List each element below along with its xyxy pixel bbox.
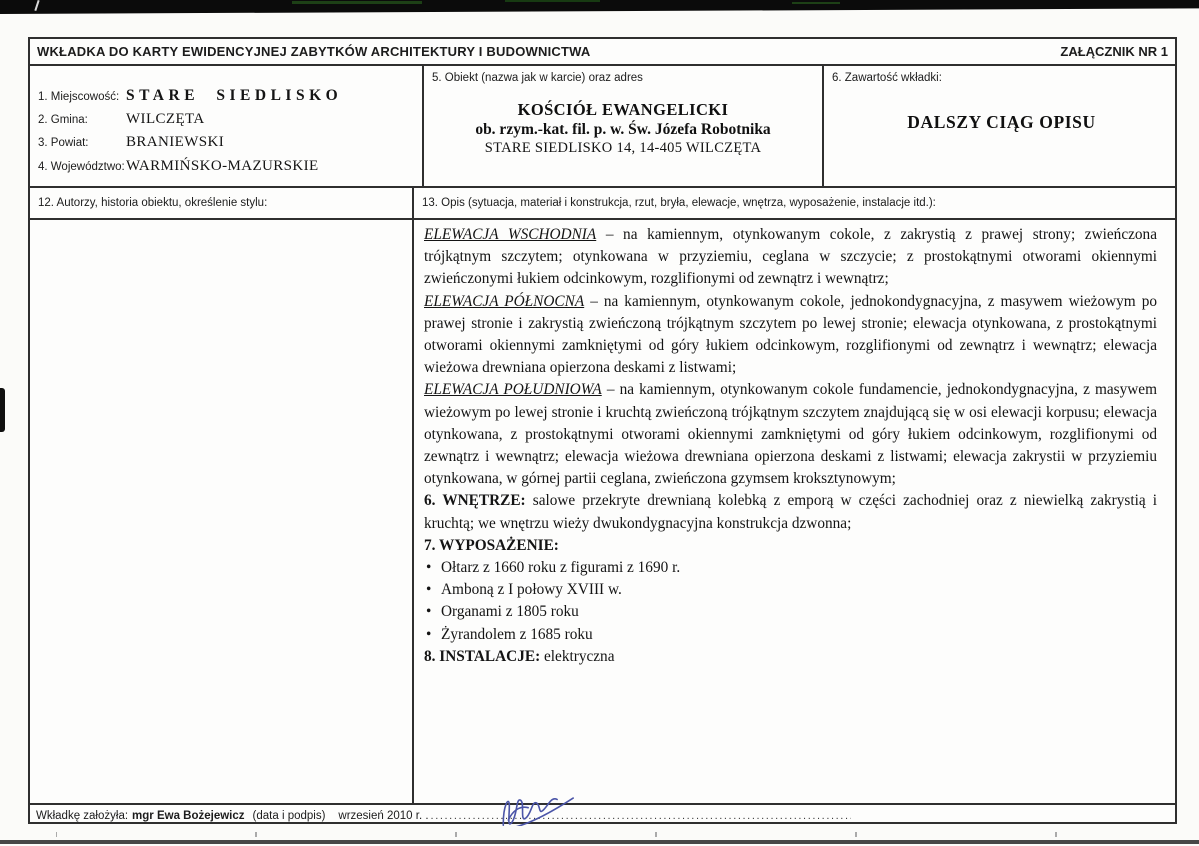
footer-middle: (data i podpis) [253,810,326,822]
location-section: 1. Miejscowość: STARE SIEDLISKO 2. Gmina… [30,66,422,186]
contents-section-label: 6. Zawartość wkładki: [824,66,1179,84]
scan-edge-ticks [0,832,1199,837]
field-miejscowosc: 1. Miejscowość: STARE SIEDLISKO [38,87,422,111]
list-item-text: Żyrandolem z 1685 roku [441,624,1157,646]
signature [492,786,580,826]
object-address: STARE SIEDLISKO 14, 14-405 WILCZĘTA [424,140,822,157]
list-item-text: Organami z 1805 roku [441,601,1157,623]
list-item: • Amboną z I połowy XVIII w. [424,579,1157,601]
list-item-text: Amboną z I połowy XVIII w. [441,579,1157,601]
paragraph-heading: ELEWACJA WSCHODNIA [424,226,596,243]
scan-edge-top [0,0,1199,14]
form-header-row: WKŁADKA DO KARTY EWIDENCYJNEJ ZABYTKÓW A… [30,39,1175,66]
scanned-document-page: WKŁADKA DO KARTY EWIDENCYJNEJ ZABYTKÓW A… [0,0,1199,846]
list-item: • Organami z 1805 roku [424,601,1157,623]
scan-edge-left-mark [0,388,5,432]
object-section: 5. Obiekt (nazwa jak w karcie) oraz adre… [422,66,822,186]
authors-content-empty [30,220,412,803]
field-label: 4. Województwo: [38,161,126,173]
authors-section-label: 12. Autorzy, historia obiektu, określeni… [30,188,412,218]
field-wojewodztwo: 4. Województwo: WARMIŃSKO-MAZURSKIE [38,158,422,182]
bullet-icon: • [424,601,441,623]
paragraph-wnetrze: 6. WNĘTRZE: salowe przekryte drewnianą k… [424,490,1157,534]
footer-prefix: Wkładkę założyła: [36,810,128,822]
bullet-icon: • [424,624,441,646]
object-subname: ob. rzym.-kat. fil. p. w. Św. Józefa Rob… [424,121,822,139]
field-value: STARE SIEDLISKO [126,87,342,105]
section-labels-row: 12. Autorzy, historia obiektu, określeni… [30,188,1175,220]
list-item-text: Ołtarz z 1660 roku z figurami z 1690 r. [441,557,1157,579]
object-name: KOŚCIÓŁ EWANGELICKI [424,100,822,120]
footer-date: wrzesień 2010 r. . [338,810,428,822]
scan-artifact [292,1,422,4]
list-item: • Ołtarz z 1660 roku z figurami z 1690 r… [424,557,1157,579]
field-label: 2. Gmina: [38,114,126,126]
record-card-form: WKŁADKA DO KARTY EWIDENCYJNEJ ZABYTKÓW A… [28,37,1177,824]
paragraph-instalacje: 8. INSTALACJE: elektryczna [424,646,1157,668]
paragraph-elewacja-poludniowa: ELEWACJA POŁUDNIOWA – na kamiennym, otyn… [424,379,1157,490]
description-content: ELEWACJA WSCHODNIA – na kamiennym, otynk… [412,220,1179,803]
section-label-instalacje: 8. INSTALACJE: [424,648,540,665]
paragraph-heading: ELEWACJA POŁUDNIOWA [424,381,602,398]
object-section-label: 5. Obiekt (nazwa jak w karcie) oraz adre… [424,66,822,84]
body-row: ELEWACJA WSCHODNIA – na kamiennym, otynk… [30,220,1175,805]
paragraph-heading: ELEWACJA PÓŁNOCNA [424,293,584,310]
description-section-label: 13. Opis (sytuacja, materiał i konstrukc… [412,188,1179,218]
info-row: 1. Miejscowość: STARE SIEDLISKO 2. Gmina… [30,66,1175,188]
contents-value: DALSZY CIĄG OPISU [824,112,1179,133]
scan-edge-bottom [0,840,1199,844]
list-item: • Żyrandolem z 1685 roku [424,624,1157,646]
scan-artifact [792,2,840,4]
bullet-icon: • [424,579,441,601]
footer-author: mgr Ewa Bożejewicz [132,810,244,822]
section-text: salowe przekryte drewnianą kolebką z emp… [424,492,1157,531]
field-label: 1. Miejscowość: [38,91,126,103]
section-label-wnetrze: 6. WNĘTRZE: [424,492,526,509]
footer-row: Wkładkę założyła: mgr Ewa Bożejewicz (da… [30,805,1175,826]
field-value: WILCZĘTA [126,111,205,128]
contents-section: 6. Zawartość wkładki: DALSZY CIĄG OPISU [822,66,1179,186]
scan-artifact [505,0,600,2]
section-label-text: 7. WYPOSAŻENIE: [424,537,559,554]
section-text: elektryczna [540,648,614,665]
field-value: BRANIEWSKI [126,134,224,151]
field-value: WARMIŃSKO-MAZURSKIE [126,158,319,175]
field-label: 3. Powiat: [38,137,126,149]
field-powiat: 3. Powiat: BRANIEWSKI [38,134,422,158]
paragraph-elewacja-wschodnia: ELEWACJA WSCHODNIA – na kamiennym, otynk… [424,224,1157,291]
field-gmina: 2. Gmina: WILCZĘTA [38,111,422,135]
paragraph-elewacja-polnocna: ELEWACJA PÓŁNOCNA – na kamiennym, otynko… [424,291,1157,380]
form-title: WKŁADKA DO KARTY EWIDENCYJNEJ ZABYTKÓW A… [37,44,590,59]
section-label-wyposazenie: 7. WYPOSAŻENIE: [424,535,1157,557]
attachment-label: ZAŁĄCZNIK NR 1 [1060,44,1168,59]
bullet-icon: • [424,557,441,579]
